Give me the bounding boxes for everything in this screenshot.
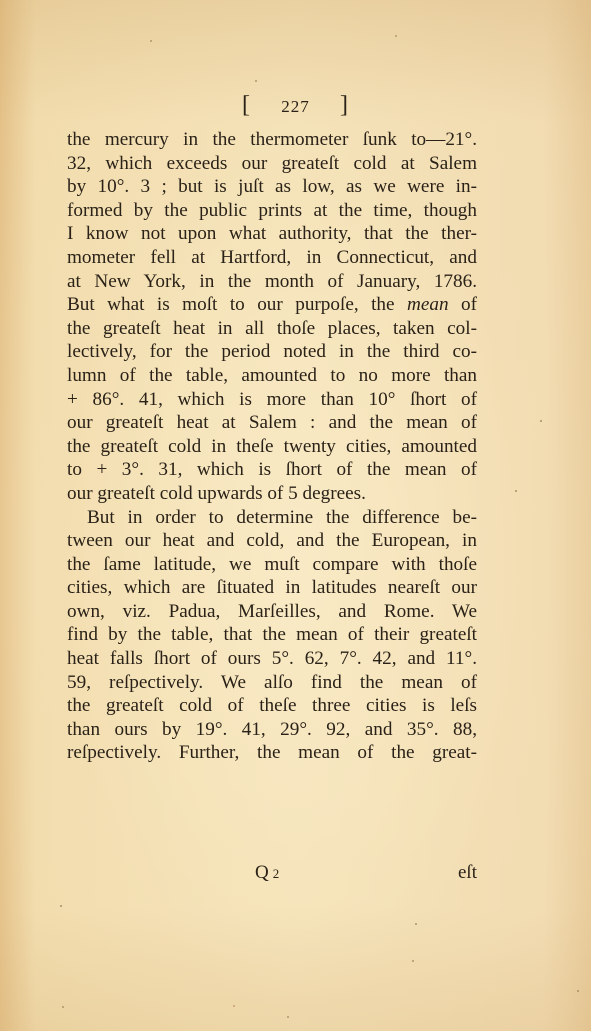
signature-letter: Q [255, 862, 269, 883]
text-line: find by the table, that the mean of thei… [67, 623, 477, 647]
paper-speck [287, 1016, 289, 1018]
text-line: the ſame latitude, we muſt compare with … [67, 553, 477, 577]
text-line: 59, reſpectively. We alſo find the mean … [67, 671, 477, 695]
text-line: own, viz. Padua, Marſeilles, and Rome. W… [67, 600, 477, 624]
signature-number: 2 [273, 866, 280, 881]
text-line: 32, which exceeds our greateſt cold at S… [67, 152, 477, 176]
paper-speck [395, 35, 397, 37]
paper-speck [62, 1006, 64, 1008]
paper-speck [233, 1005, 235, 1007]
header-close-bracket: ] [340, 92, 349, 118]
paper-speck [540, 420, 542, 422]
text-line: lectively, for the period noted in the t… [67, 340, 477, 364]
text-segment: But what is moſt to our purpoſe, the [67, 294, 407, 315]
signature-mark: Q2 [255, 862, 279, 884]
paper-speck [415, 923, 417, 925]
text-line: + 86°. 41, which is more than 10° ſhort … [67, 388, 477, 412]
text-line: reſpectively. Further, the mean of the g… [67, 741, 477, 765]
text-line: formed by the public prints at the time,… [67, 199, 477, 223]
page-number: 227 [281, 97, 310, 116]
paper-speck [577, 990, 579, 992]
text-line: lumn of the table, amounted to no more t… [67, 364, 477, 388]
text-line: than ours by 19°. 41, 29°. 92, and 35°. … [67, 718, 477, 742]
text-segment: of [449, 294, 477, 315]
body-text: the mercury in the thermometer ſunk to—2… [67, 128, 477, 765]
text-line: I know not upon what authority, that the… [67, 222, 477, 246]
text-line: But in order to determine the difference… [67, 506, 477, 530]
paper-speck [150, 40, 152, 42]
text-line: by 10°. 3 ; but is juſt as low, as we we… [67, 175, 477, 199]
header-open-bracket: [ [242, 92, 251, 118]
text-line: to + 3°. 31, which is ſhort of the mean … [67, 458, 477, 482]
text-line: cities, which are ſituated in latitudes … [67, 576, 477, 600]
text-line: heat falls ſhort of ours 5°. 62, 7°. 42,… [67, 647, 477, 671]
text-line: tween our heat and cold, and the Europea… [67, 529, 477, 553]
paper-speck [60, 905, 62, 907]
text-line: the mercury in the thermometer ſunk to—2… [67, 128, 477, 152]
text-line: the greateſt cold of theſe three cities … [67, 694, 477, 718]
text-line: our greateſt heat at Salem : and the mea… [67, 411, 477, 435]
page-footer: Q2 eſt [67, 862, 477, 886]
text-line: at New York, in the month of January, 17… [67, 270, 477, 294]
catchword: eſt [458, 862, 477, 884]
page-header: [ 227 ] [0, 92, 591, 119]
text-line: the greateſt heat in all thoſe places, t… [67, 317, 477, 341]
paper-speck [412, 960, 414, 962]
text-line: the greateſt cold in theſe twenty cities… [67, 435, 477, 459]
paper-speck [255, 80, 257, 82]
italic-emphasis: mean [407, 294, 449, 315]
text-line: our greateſt cold upwards of 5 degrees. [67, 482, 477, 506]
paper-speck [515, 490, 517, 492]
text-line: But what is moſt to our purpoſe, the mea… [67, 293, 477, 317]
text-line: mometer fell at Hartford, in Connecticut… [67, 246, 477, 270]
